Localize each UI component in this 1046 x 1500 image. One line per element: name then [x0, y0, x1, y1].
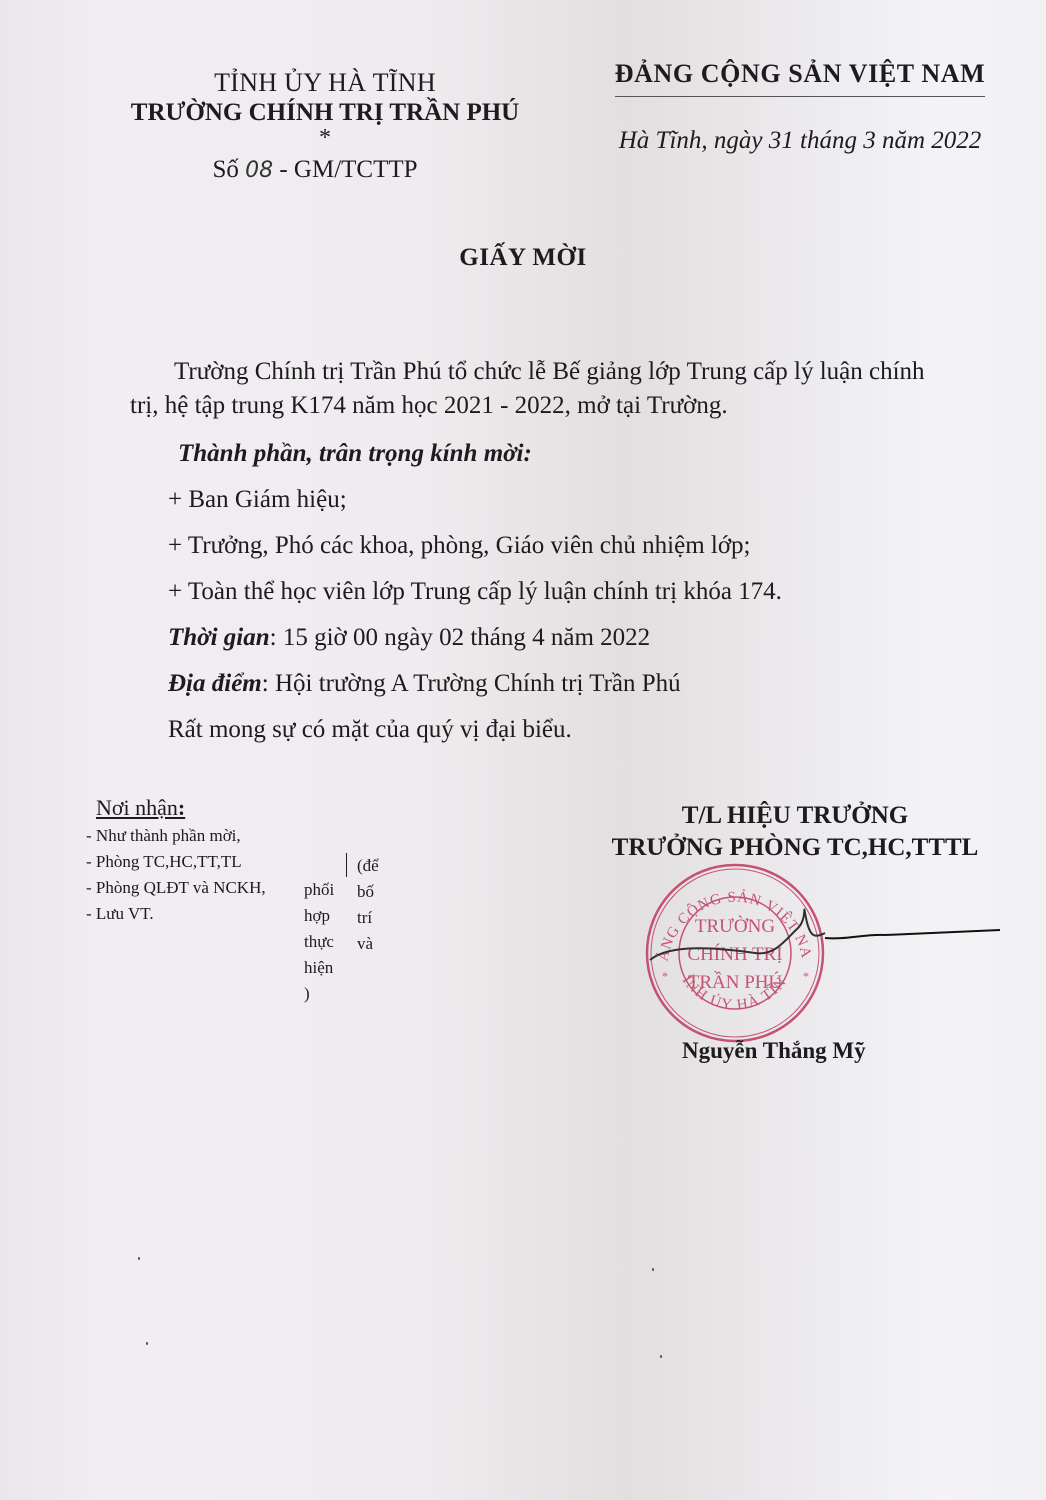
- recipients-heading-text: Nơi nhận: [96, 795, 178, 820]
- time-label: Thời gian: [168, 624, 270, 651]
- invitee-item: + Trưởng, Phó các khoa, phòng, Giáo viên…: [130, 523, 1020, 569]
- location-label: Địa điểm: [168, 670, 262, 697]
- party-block: ĐẢNG CỘNG SẢN VIỆT NAM Hà Tĩnh, ngày 31 …: [585, 56, 1015, 155]
- recipients-block: Nơi nhận: - Như thành phần mời, - Phòng …: [86, 795, 266, 927]
- recipients-heading-colon: :: [178, 795, 185, 820]
- official-seal: ĐẢNG CỘNG SẢN VIỆT NAM TỈNH ỦY HÀ TĨNH T…: [640, 858, 830, 1048]
- svg-text:*: *: [803, 969, 809, 983]
- document-number: Số 08 - GM/TCTTP: [80, 152, 550, 189]
- invitee-item: + Ban Giám hiệu;: [130, 477, 1020, 523]
- svg-text:TRƯỜNG: TRƯỜNG: [695, 915, 775, 937]
- party-underline: [615, 96, 985, 97]
- time-row: Thời gian: 15 giờ 00 ngày 02 tháng 4 năm…: [130, 615, 1020, 661]
- number-value: 08: [245, 158, 273, 183]
- paper-speck: [138, 1257, 140, 1260]
- intro-line-2: trị, hệ tập trung K174 năm học 2021 - 20…: [130, 389, 1020, 423]
- time-value: : 15 giờ 00 ngày 02 tháng 4 năm 2022: [270, 624, 651, 651]
- number-suffix: - GM/TCTTP: [279, 156, 417, 183]
- province-committee: TỈNH ỦY HÀ TĨNH: [100, 68, 550, 98]
- intro-line-1: Trường Chính trị Trần Phú tổ chức lễ Bế …: [174, 358, 925, 385]
- recipient-item: - Lưu VT.: [86, 901, 266, 927]
- recipient-item: - Phòng QLĐT và NCKH,: [86, 875, 266, 901]
- signature-tail: [825, 920, 1005, 950]
- signer-name: Nguyễn Thắng Mỹ: [682, 1038, 866, 1064]
- recipients-note-line-2: phối hợp thực hiện ): [304, 877, 334, 1007]
- signature-block: T/L HIỆU TRƯỞNG TRƯỞNG PHÒNG TC,HC,TTTL: [585, 800, 1005, 864]
- recipients-list: - Như thành phần mời, - Phòng TC,HC,TT,T…: [86, 823, 266, 927]
- document-title: GIẤY MỜI: [0, 244, 1046, 272]
- invitee-item: + Toàn thể học viên lớp Trung cấp lý luậ…: [130, 569, 1020, 615]
- school-name: TRƯỜNG CHÍNH TRỊ TRẦN PHÚ: [100, 98, 550, 128]
- intro-paragraph: Trường Chính trị Trần Phú tổ chức lễ Bế …: [130, 355, 1020, 423]
- document-body: Trường Chính trị Trần Phú tổ chức lễ Bế …: [130, 355, 1020, 753]
- invitees-label: Thành phần, trân trọng kính mời:: [130, 431, 1020, 477]
- location-row: Địa điểm: Hội trường A Trường Chính trị …: [130, 661, 1020, 707]
- svg-text:TRẦN PHÚ: TRẦN PHÚ: [688, 971, 783, 993]
- svg-text:*: *: [662, 969, 668, 983]
- issuer-block: TỈNH ỦY HÀ TĨNH TRƯỜNG CHÍNH TRỊ TRẦN PH…: [100, 68, 550, 189]
- paper-speck: [146, 1342, 148, 1345]
- svg-text:CHÍNH TRỊ: CHÍNH TRỊ: [687, 943, 782, 965]
- closing-text: Rất mong sự có mặt của quý vị đại biểu.: [130, 707, 1020, 753]
- number-prefix: Số: [212, 156, 238, 183]
- paper-speck: [652, 1268, 654, 1271]
- location-value: : Hội trường A Trường Chính trị Trần Phú: [262, 670, 681, 697]
- party-name: ĐẢNG CỘNG SẢN VIỆT NAM: [585, 56, 1015, 92]
- recipient-item: - Như thành phần mời,: [86, 823, 266, 849]
- paper-speck: [660, 1355, 662, 1358]
- recipients-note-line-1: (để bố trí và: [346, 853, 379, 877]
- recipient-item: - Phòng TC,HC,TT,TL: [86, 849, 266, 875]
- recipients-heading: Nơi nhận:: [96, 795, 266, 821]
- separator-star: *: [100, 128, 550, 146]
- signature-title-1: T/L HIỆU TRƯỞNG: [585, 800, 1005, 832]
- place-date: Hà Tĩnh, ngày 31 tháng 3 năm 2022: [585, 127, 1015, 155]
